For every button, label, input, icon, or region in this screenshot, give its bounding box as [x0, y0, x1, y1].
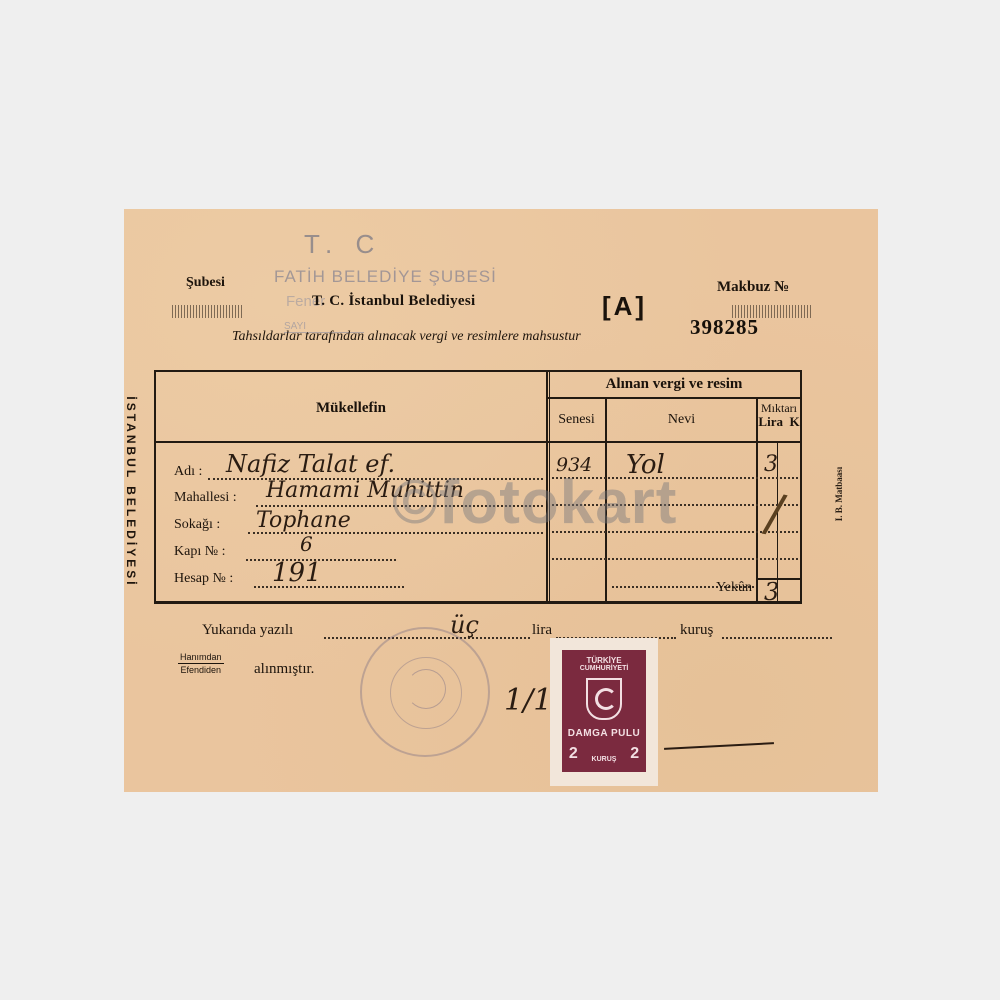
document-subtitle: Tahsıldarlar tarafından alınacak vergi v… [232, 329, 581, 345]
total-label: Yekûn [686, 580, 752, 596]
side-text-left: İSTANBUL BELEDİYESİ [120, 377, 142, 607]
recipient-title: Hanımdan Efendiden [178, 651, 224, 676]
col-amount-header: Mıktarı Lira K [758, 401, 800, 429]
lira-label: lira [532, 622, 552, 639]
branch-dotted-field [172, 305, 244, 318]
tax-header: Alınan vergi ve resim [548, 376, 800, 393]
revenue-stamp: TÜRKİYE CUMHURİYETİ DAMGA PULU 2KURUŞ2 [550, 638, 658, 786]
above-text: Yukarıda yazılı [202, 622, 293, 639]
col-year-header: Senesi [548, 412, 605, 428]
office-stamp-branch: FATİH BELEDİYE ŞUBESİ [274, 267, 497, 287]
receipt-label: Makbuz № [717, 279, 789, 296]
handwritten-account: 191 [272, 558, 322, 588]
field-label-neighborhood: Mahallesi : [174, 490, 237, 506]
crescent-star-emblem-icon [586, 678, 622, 720]
office-stamp-tc: T. C [304, 229, 382, 260]
branch-label: Şubesi [186, 275, 225, 291]
taxpayer-header: Mükellefin [156, 400, 546, 417]
signature-stroke [664, 742, 774, 750]
document-title: T. C. İstanbul Belediyesi [312, 293, 476, 310]
field-label-door: Kapı № : [174, 544, 225, 560]
receipt-document: T. C FATİH BELEDİYE ŞUBESİ Fener SAYI Şu… [124, 209, 878, 792]
watermark: ©fotokart [392, 467, 677, 538]
handwritten-door: 6 [300, 532, 313, 556]
col-type-header: Nevi [607, 412, 756, 428]
field-label-street: Sokağı : [174, 517, 220, 533]
field-label-account: Hesap № : [174, 571, 233, 587]
entry-lira: 3 [764, 452, 778, 477]
handwritten-street: Tophane [256, 508, 351, 533]
field-label-name: Adı : [174, 464, 202, 480]
form-letter: [A] [602, 291, 647, 322]
total-value: 3 [764, 578, 779, 606]
municipal-seal [360, 627, 490, 757]
ditto-stroke: / [760, 483, 790, 545]
kurus-label: kuruş [680, 622, 713, 639]
received-text: alınmıştır. [254, 661, 314, 678]
printer-imprint: I. B. Matbaası [832, 439, 846, 549]
receipt-number: 398285 [690, 315, 759, 340]
handwritten-name: Nafiz Talat ef. [226, 450, 395, 478]
